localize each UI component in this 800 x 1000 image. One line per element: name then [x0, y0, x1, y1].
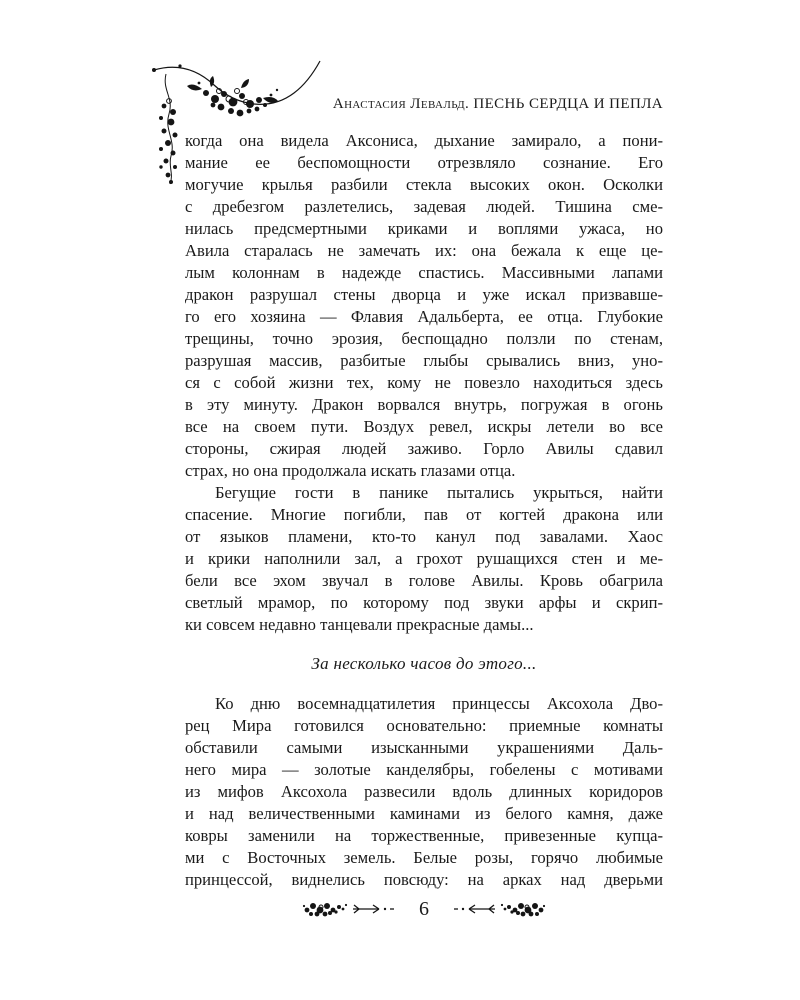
text-line: лым колоннам в надежде спастись. Массивн…: [185, 262, 663, 284]
text-line: страх, но она продолжала искать глазами …: [185, 460, 663, 482]
text-line: дракон разрушал стены дворца и уже искал…: [185, 284, 663, 306]
page-footer: 6: [185, 894, 663, 924]
text-line: Авила старалась не замечать их: она бежа…: [185, 240, 663, 262]
text-line: принцессой, виднелись повсюду: на арках …: [185, 869, 663, 891]
text-line: стороны, сжирая людей заживо. Горло Авил…: [185, 438, 663, 460]
paragraph: Ко дню восемнадцатилетия принцессы Аксох…: [185, 693, 663, 891]
text-line: в эту минуту. Дракон ворвался внутрь, по…: [185, 394, 663, 416]
text-line: го его хозяина — Флавия Адальберта, ее о…: [185, 306, 663, 328]
text-line: светлый мрамор, по которому под звуки ар…: [185, 592, 663, 614]
text-line: с дребезгом разлетелись, задевая людей. …: [185, 196, 663, 218]
text-line: от языков пламени, кто-то канул под зава…: [185, 526, 663, 548]
text-line: когда она видела Аксониса, дыхание замир…: [185, 130, 663, 152]
text-line: Бегущие гости в панике пытались укрыться…: [185, 482, 663, 504]
paragraph: Бегущие гости в панике пытались укрыться…: [185, 482, 663, 636]
text-line: разрушая массив, разбитые глыбы срывалис…: [185, 350, 663, 372]
floral-spray-arrow-left-ornament: [449, 894, 549, 924]
floral-spray-arrow-right-ornament: [299, 894, 399, 924]
text-line: него мира — золотые канделябры, гобелены…: [185, 759, 663, 781]
text-line: мание ее беспомощности отрезвляло сознан…: [185, 152, 663, 174]
page-number: 6: [415, 898, 433, 921]
text-line: спасение. Многие погибли, пав от когтей …: [185, 504, 663, 526]
text-line: рец Мира готовился основательно: приемны…: [185, 715, 663, 737]
text-line: нилась предсмертными криками и воплями у…: [185, 218, 663, 240]
text-line: все на своем пути. Воздух ревел, искры л…: [185, 416, 663, 438]
page-text-body: когда она видела Аксониса, дыхание замир…: [185, 130, 663, 891]
text-line: Ко дню восемнадцатилетия принцессы Аксох…: [185, 693, 663, 715]
paragraph: когда она видела Аксониса, дыхание замир…: [185, 130, 663, 482]
text-line: из мифов Аксохола развесили вдоль длинны…: [185, 781, 663, 803]
text-line: и над величественными каминами из белого…: [185, 803, 663, 825]
running-head: Анастасия Левальд. ПЕСНЬ СЕРДЦА И ПЕПЛА: [185, 96, 663, 113]
book-page: Анастасия Левальд. ПЕСНЬ СЕРДЦА И ПЕПЛА …: [0, 0, 800, 1000]
text-line: обставили самыми изысканными украшениями…: [185, 737, 663, 759]
text-line: трещины, точно эрозия, беспощадно ползли…: [185, 328, 663, 350]
text-line: могучие крылья разбили стекла высоких ок…: [185, 174, 663, 196]
text-line: ковры заменили на торжественные, привезе…: [185, 825, 663, 847]
text-line: бели все эхом звучал в голове Авилы. Кро…: [185, 570, 663, 592]
text-line: ся с собой жизни тех, кому не повезло на…: [185, 372, 663, 394]
text-line: и крики наполнили зал, а грохот рушащихс…: [185, 548, 663, 570]
text-line: ми с Восточных земель. Белые розы, горяч…: [185, 847, 663, 869]
text-line: ки совсем недавно танцевали прекрасные д…: [185, 614, 663, 636]
scene-break-heading: За несколько часов до этого...: [185, 653, 663, 675]
